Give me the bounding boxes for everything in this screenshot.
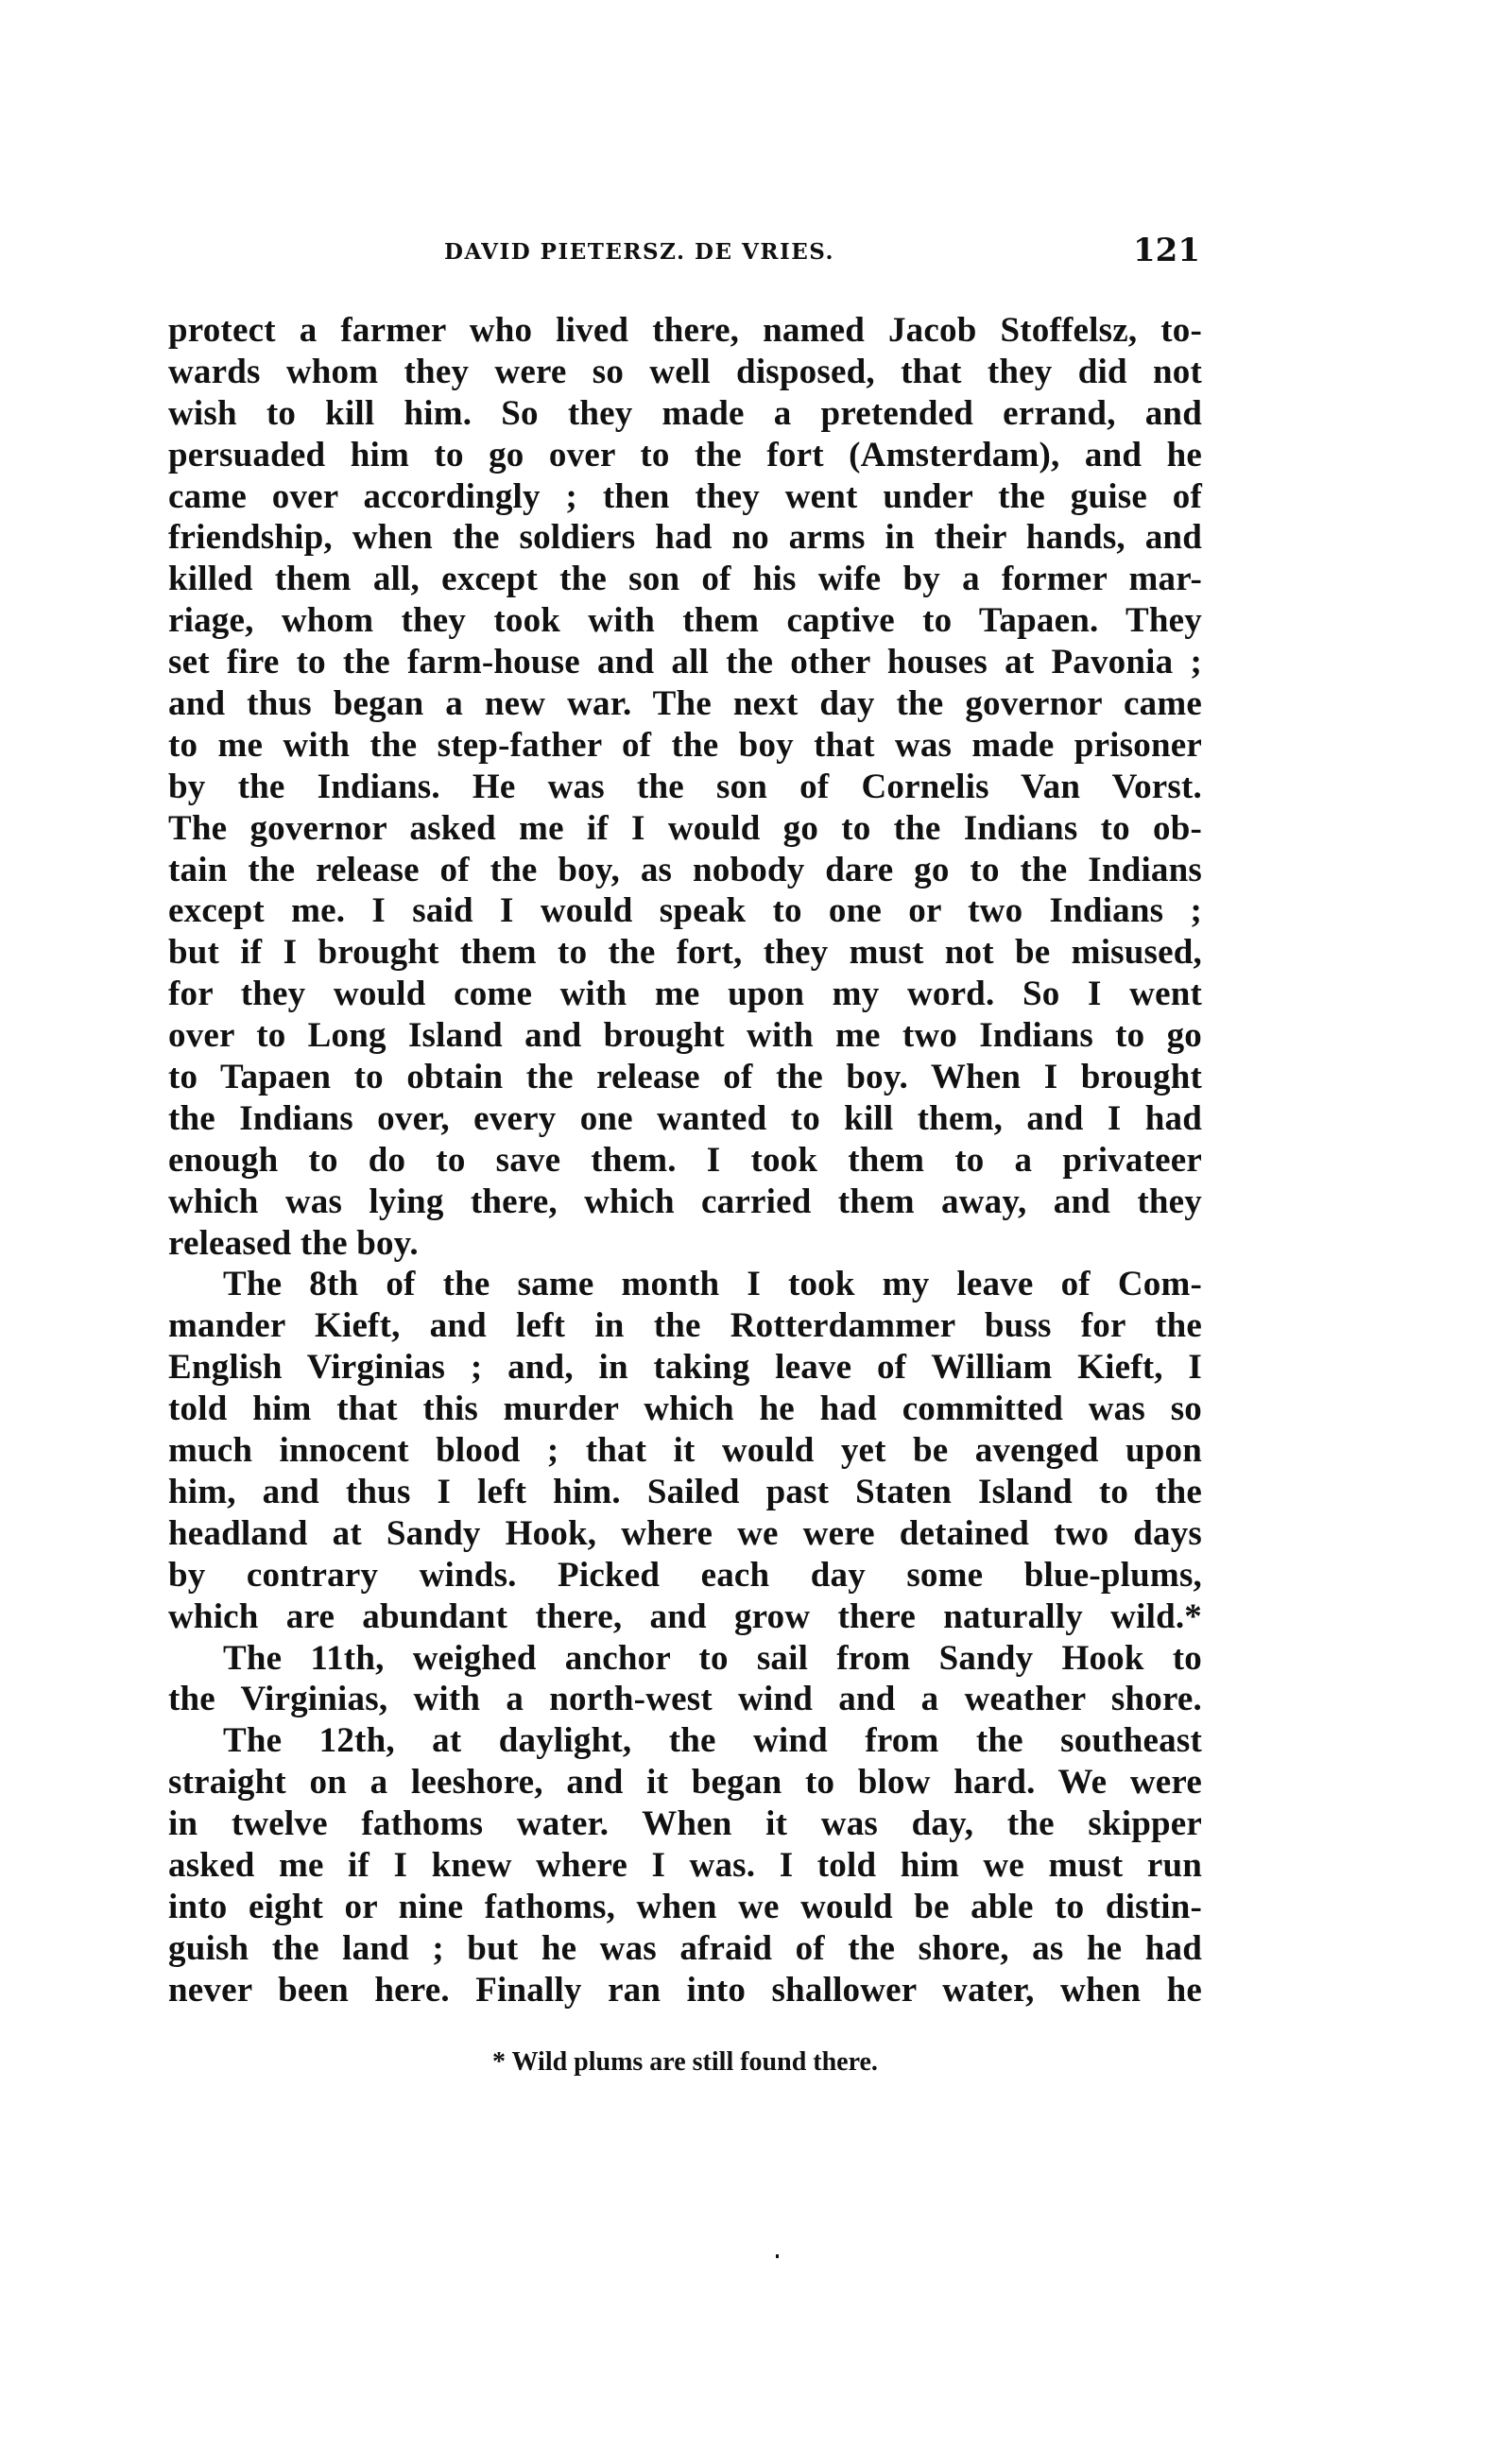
text-line: wards whom they were so well disposed, t…	[168, 352, 1202, 393]
text-line: The governor asked me if I would go to t…	[168, 808, 1202, 850]
text-line: enough to do to save them. I took them t…	[168, 1140, 1202, 1182]
running-head: DAVID PIETERSZ. DE VRIES. 121	[168, 233, 1202, 274]
text-line: guish the land ; but he was afraid of th…	[168, 1928, 1202, 1970]
text-line: which are abundant there, and grow there…	[168, 1596, 1202, 1638]
text-line: straight on a leeshore, and it began to …	[168, 1762, 1202, 1803]
text-line: set fire to the farm-house and all the o…	[168, 642, 1202, 683]
text-line: him, and thus I left him. Sailed past St…	[168, 1472, 1202, 1513]
text-line: in twelve fathoms water. When it was day…	[168, 1803, 1202, 1845]
text-line: never been here. Finally ran into shallo…	[168, 1970, 1202, 2011]
text-line: came over accordingly ; then they went u…	[168, 476, 1202, 518]
text-line: riage, whom they took with them captive …	[168, 600, 1202, 642]
running-title: DAVID PIETERSZ. DE VRIES.	[444, 238, 834, 267]
page-number: 121	[1133, 233, 1200, 268]
text-line: killed them all, except the son of his w…	[168, 559, 1202, 600]
text-line: to Tapaen to obtain the release of the b…	[168, 1057, 1202, 1098]
text-line: the Virginias, with a north-west wind an…	[168, 1679, 1202, 1720]
text-line: the Indians over, every one wanted to ki…	[168, 1098, 1202, 1140]
text-line: for they would come with me upon my word…	[168, 974, 1202, 1015]
text-line: much innocent blood ; that it would yet …	[168, 1430, 1202, 1472]
text-line: headland at Sandy Hook, where we were de…	[168, 1513, 1202, 1555]
text-line: mander Kieft, and left in the Rotterdamm…	[168, 1305, 1202, 1347]
text-line: tain the release of the boy, as nobody d…	[168, 850, 1202, 891]
text-line: wish to kill him. So they made a pretend…	[168, 393, 1202, 435]
text-line: friendship, when the soldiers had no arm…	[168, 517, 1202, 559]
text-line: The 11th, weighed anchor to sail from Sa…	[168, 1638, 1202, 1680]
text-line: by the Indians. He was the son of Cornel…	[168, 767, 1202, 808]
footnote: * Wild plums are still found there.	[0, 2047, 1370, 2078]
text-line: persuaded him to go over to the fort (Am…	[168, 435, 1202, 476]
text-line: but if I brought them to the fort, they …	[168, 932, 1202, 974]
body-text: protect a farmer who lived there, named …	[168, 310, 1202, 2011]
text-line: by contrary winds. Picked each day some …	[168, 1555, 1202, 1596]
text-line: asked me if I knew where I was. I told h…	[168, 1845, 1202, 1887]
text-line: English Virginias ; and, in taking leave…	[168, 1347, 1202, 1389]
text-line: and thus began a new war. The next day t…	[168, 683, 1202, 725]
text-line: The 12th, at daylight, the wind from the…	[168, 1720, 1202, 1762]
text-line: to me with the step-father of the boy th…	[168, 725, 1202, 767]
text-line: which was lying there, which carried the…	[168, 1182, 1202, 1223]
text-line: told him that this murder which he had c…	[168, 1389, 1202, 1430]
text-line: The 8th of the same month I took my leav…	[168, 1264, 1202, 1305]
text-line: released the boy.	[168, 1223, 1202, 1265]
text-line: except me. I said I would speak to one o…	[168, 890, 1202, 932]
book-page: DAVID PIETERSZ. DE VRIES. 121 protect a …	[0, 0, 1512, 2450]
text-line: into eight or nine fathoms, when we woul…	[168, 1887, 1202, 1928]
text-line: over to Long Island and brought with me …	[168, 1015, 1202, 1057]
scan-speck	[776, 2254, 779, 2258]
text-line: protect a farmer who lived there, named …	[168, 310, 1202, 352]
